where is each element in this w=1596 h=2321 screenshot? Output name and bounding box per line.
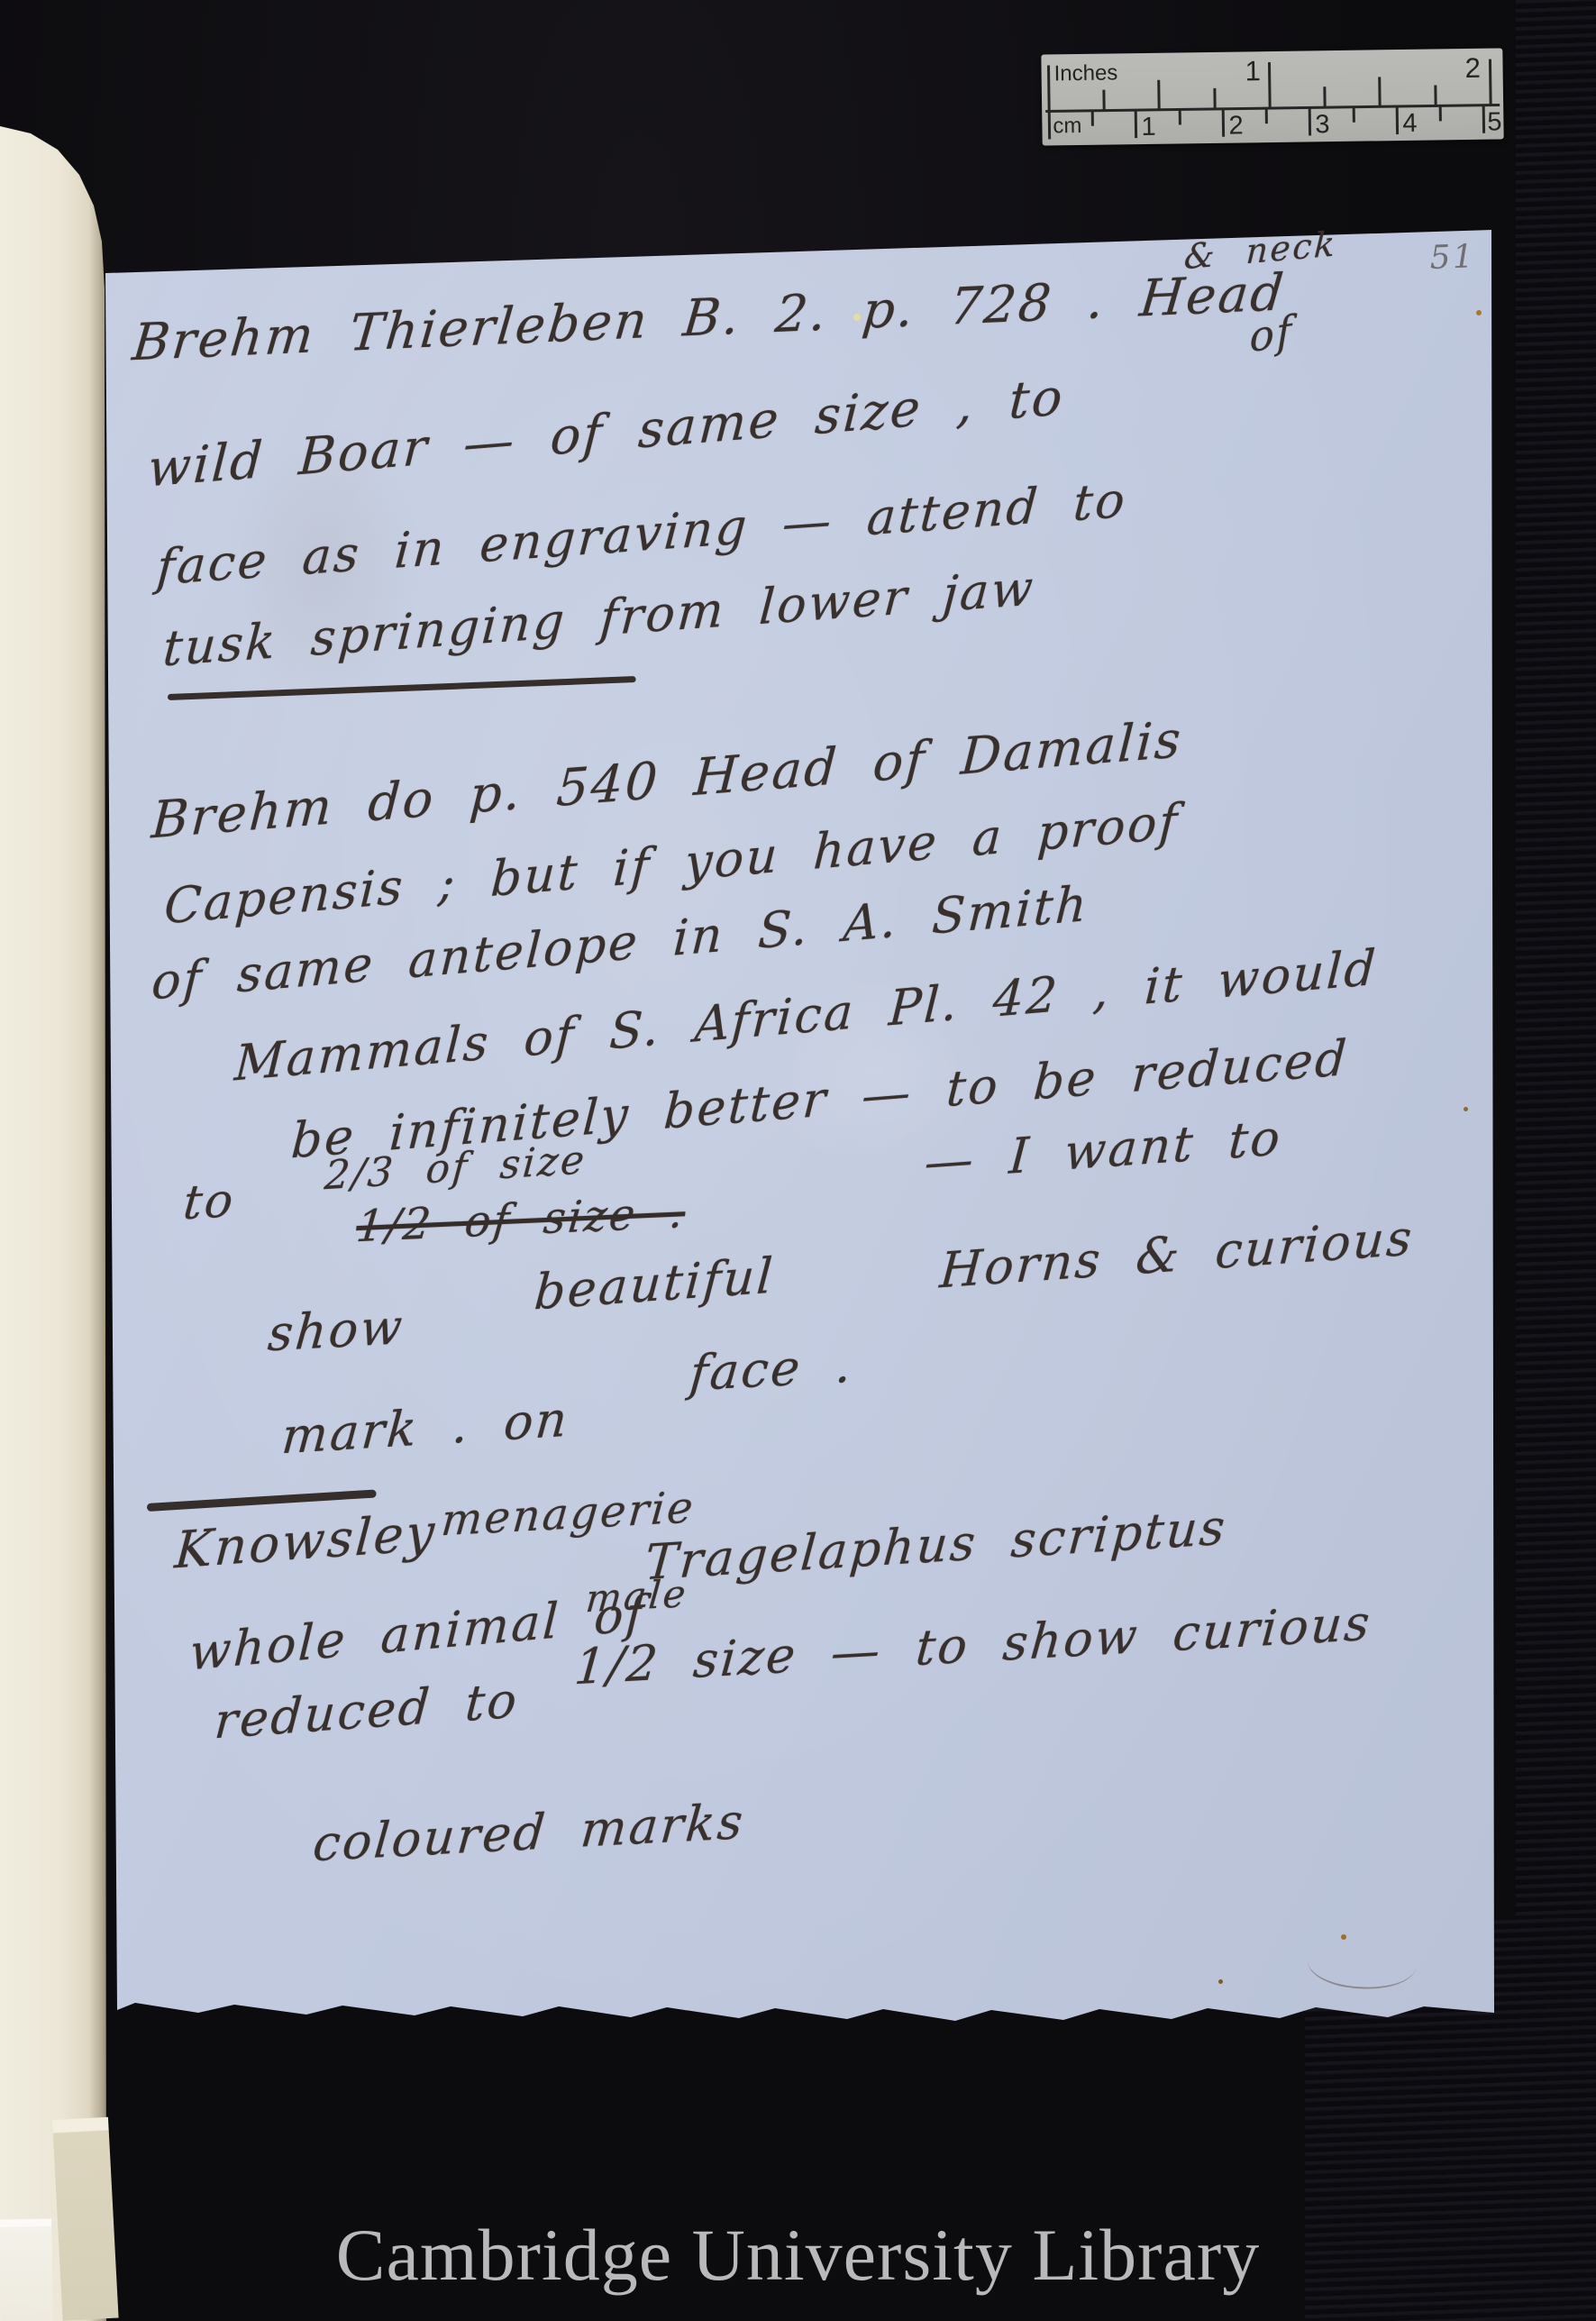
paper-speck [1476, 310, 1482, 315]
manuscript-word: of [1249, 308, 1294, 360]
ruler-cm-number: 3 [1315, 110, 1330, 140]
paper-speck [1464, 1107, 1468, 1111]
book-page-edge-left [0, 0, 108, 2321]
ruler-cm-number: 4 [1402, 109, 1418, 139]
manuscript-word: face . [688, 1339, 855, 1400]
library-watermark: Cambridge University Library [0, 2213, 1596, 2298]
folio-number: 51 [1429, 240, 1476, 276]
manuscript-word: show [266, 1302, 406, 1360]
scale-ruler: Inches 1 2 cm 1 2 3 4 5 [1041, 48, 1503, 145]
ruler-cm-number: 5 [1487, 107, 1502, 137]
ruler-inch-number: 1 [1245, 55, 1261, 87]
manuscript-word: to [181, 1176, 237, 1229]
ruler-inches-label: Inches [1053, 60, 1117, 87]
ruler-inch-number: 2 [1464, 52, 1481, 85]
paper-speck [1218, 1979, 1223, 1984]
ruler-cm-label: cm [1053, 114, 1081, 139]
ruler-cm-number: 1 [1141, 113, 1156, 142]
manuscript-photograph: Brehm Thierleben B. 2. p. 728 . Head & n… [0, 0, 1596, 2321]
ruler-cm-number: 2 [1228, 111, 1244, 141]
